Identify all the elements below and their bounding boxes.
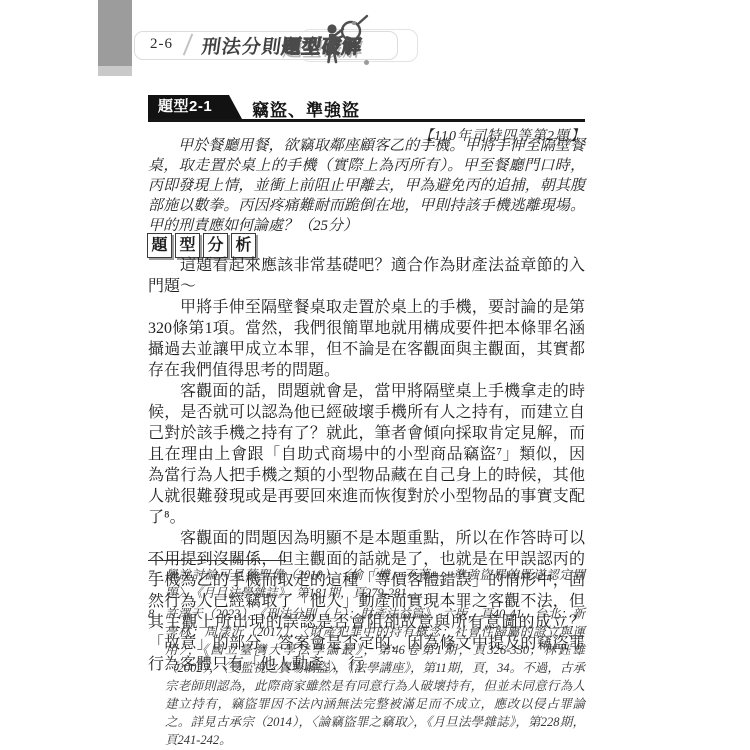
footnote-separator [148, 560, 286, 561]
footnote-item: 7 學說討論可見蔡聖偉（2010），〈偷「機」不著——準強盜罪的既遂認定問題〉，… [148, 566, 585, 602]
footnote-number: 7 [148, 566, 165, 602]
analysis-paragraph: 客觀面的話，問題就會是，當甲將隔壁桌上手機拿走的時候，是否就可以認為他已經破壞手… [148, 381, 585, 528]
page-corner-marker [98, 0, 132, 66]
footnotes: 7 學說討論可見蔡聖偉（2010），〈偷「機」不著——準強盜罪的既遂認定問題〉，… [148, 566, 585, 750]
footnote-text: 學說討論可見蔡聖偉（2010），〈偷「機」不著——準強盜罪的既遂認定問題〉，《月… [165, 566, 585, 602]
page-corner-marker-light [98, 66, 132, 76]
analysis-paragraph: 甲將手伸至隔壁餐桌取走置於桌上的手機，要討論的是第320條第1項。當然，我們很簡… [148, 297, 585, 381]
section-rule [148, 119, 585, 122]
question-text: 甲於餐廳用餐，欲竊取鄰座顧客乙的手機。甲將手伸至隔壁餐桌，取走置於桌上的手機（實… [148, 136, 585, 236]
book-title-regular: 刑法分則 [200, 37, 283, 58]
footnote-number: 8 [148, 605, 165, 749]
topic-label-flag: 題型2-1 [148, 95, 242, 119]
page-number: 2-6 [150, 36, 173, 53]
footnote-item: 8 許澤天（2023），《刑法分則（上）：財產法益篇》，六版，頁40-41，台北… [148, 605, 585, 749]
book-page: 2-6 刑法分則題型破解 題型2-1 竊盜、準強盜 【110年司特四等第2題】 … [0, 0, 750, 750]
deco-dot-icon [352, 21, 356, 25]
deco-dot-icon [364, 60, 369, 65]
analysis-paragraph: 這題看起來應該非常基礎吧？適合作為財產法益章節的入門題～ [148, 255, 585, 297]
footnote-text: 許澤天（2023），《刑法分則（上）：財產法益篇》，六版，頁40-41，台北：新… [165, 605, 585, 749]
section-title: 竊盜、準強盜 [252, 96, 360, 121]
